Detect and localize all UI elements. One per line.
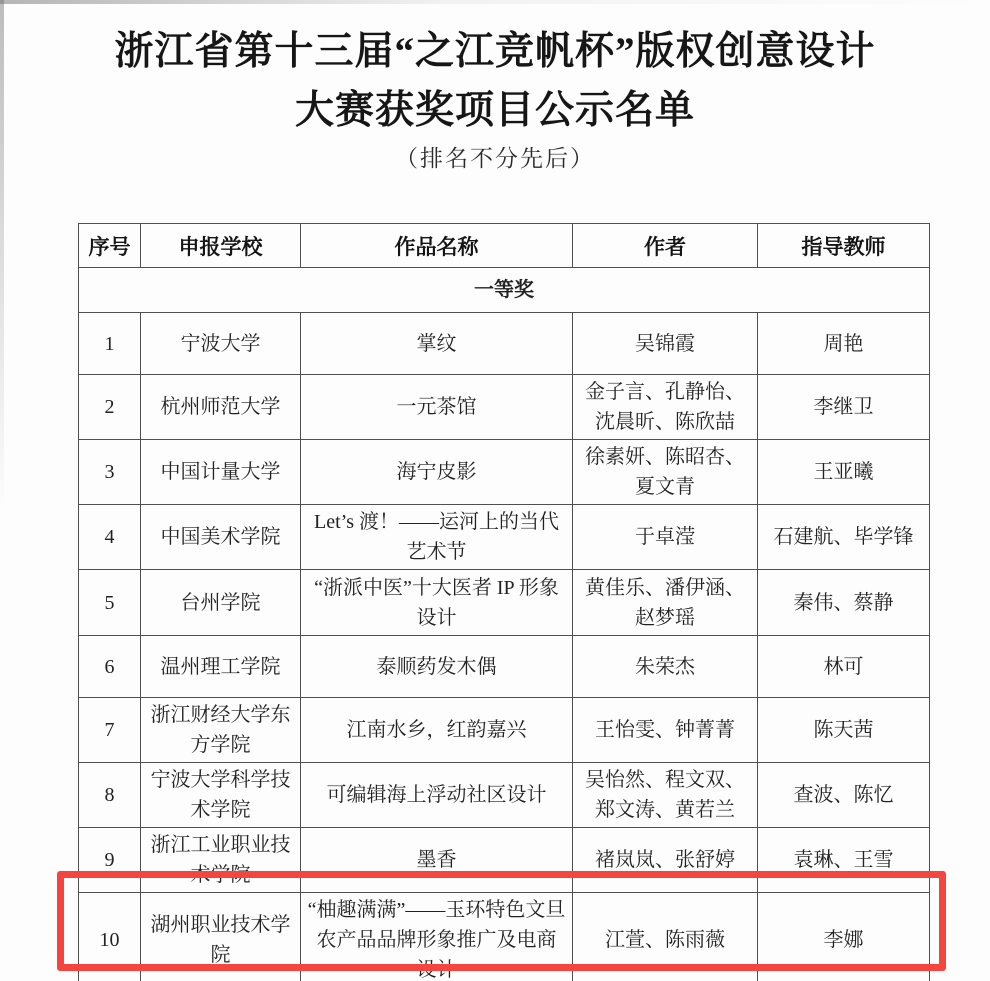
table-row-highlighted: 10 湖州职业技术学院 “柚趣满满”——玉环特色文旦农产品品牌形象推广及电商设计… <box>79 893 930 981</box>
cell-no: 1 <box>79 313 141 375</box>
cell-advisor: 王亚曦 <box>758 440 930 505</box>
cell-work: 墨香 <box>301 828 573 893</box>
cell-advisor: 李娜 <box>758 893 930 981</box>
cell-work: “柚趣满满”——玉环特色文旦农产品品牌形象推广及电商设计 <box>301 893 573 981</box>
table-header-row: 序号 申报学校 作品名称 作者 指导教师 <box>79 224 930 268</box>
table-row: 9 浙江工业职业技术学院 墨香 褚岚岚、张舒婷 袁琳、王雪 <box>79 828 930 893</box>
cell-school: 中国计量大学 <box>141 440 301 505</box>
cell-authors: 于卓滢 <box>573 505 758 570</box>
table-row: 5 台州学院 “浙派中医”十大医者 IP 形象设计 黄佳乐、潘伊涵、赵梦瑶 秦伟… <box>79 570 930 636</box>
cell-no: 5 <box>79 570 141 636</box>
table-row: 7 浙江财经大学东方学院 江南水乡，红韵嘉兴 王怡雯、钟菁菁 陈天茜 <box>79 698 930 763</box>
column-header-advisor: 指导教师 <box>758 224 930 268</box>
cell-advisor: 林可 <box>758 636 930 698</box>
cell-advisor: 石建航、毕学锋 <box>758 505 930 570</box>
cell-no: 4 <box>79 505 141 570</box>
cell-no: 2 <box>79 375 141 440</box>
table-row: 1 宁波大学 掌纹 吴锦霞 周艳 <box>79 313 930 375</box>
cell-work: Let’s 渡！——运河上的当代艺术节 <box>301 505 573 570</box>
cell-work: 掌纹 <box>301 313 573 375</box>
cell-advisor: 秦伟、蔡静 <box>758 570 930 636</box>
cell-school: 杭州师范大学 <box>141 375 301 440</box>
cell-school: 湖州职业技术学院 <box>141 893 301 981</box>
column-header-work: 作品名称 <box>301 224 573 268</box>
cell-work: 泰顺药发木偶 <box>301 636 573 698</box>
cell-work: “浙派中医”十大医者 IP 形象设计 <box>301 570 573 636</box>
cell-work: 可编辑海上浮动社区设计 <box>301 763 573 828</box>
page-title: 浙江省第十三届“之江竞帆杯”版权创意设计 大赛获奖项目公示名单 <box>0 22 990 141</box>
cell-no: 8 <box>79 763 141 828</box>
cell-school: 中国美术学院 <box>141 505 301 570</box>
column-header-school: 申报学校 <box>141 224 301 268</box>
cell-authors: 徐素妍、陈昭杏、夏文青 <box>573 440 758 505</box>
section-label: 一等奖 <box>79 268 930 313</box>
cell-school: 浙江工业职业技术学院 <box>141 828 301 893</box>
cell-authors: 江萱、陈雨薇 <box>573 893 758 981</box>
cell-advisor: 陈天茜 <box>758 698 930 763</box>
column-header-no: 序号 <box>79 224 141 268</box>
page-title-line2: 大赛获奖项目公示名单 <box>0 81 990 140</box>
cell-no: 7 <box>79 698 141 763</box>
cell-authors: 黄佳乐、潘伊涵、赵梦瑶 <box>573 570 758 636</box>
cell-no: 6 <box>79 636 141 698</box>
cell-work: 一元茶馆 <box>301 375 573 440</box>
cell-school: 宁波大学科学技术学院 <box>141 763 301 828</box>
cell-school: 台州学院 <box>141 570 301 636</box>
awards-table: 序号 申报学校 作品名称 作者 指导教师 一等奖 1 宁波大学 掌纹 吴锦霞 周… <box>78 223 930 981</box>
cell-authors: 朱荣杰 <box>573 636 758 698</box>
cell-advisor: 袁琳、王雪 <box>758 828 930 893</box>
cell-authors: 金子言、孔静怡、沈晨昕、陈欣喆 <box>573 375 758 440</box>
table-row: 2 杭州师范大学 一元茶馆 金子言、孔静怡、沈晨昕、陈欣喆 李继卫 <box>79 375 930 440</box>
table-row: 3 中国计量大学 海宁皮影 徐素妍、陈昭杏、夏文青 王亚曦 <box>79 440 930 505</box>
cell-authors: 褚岚岚、张舒婷 <box>573 828 758 893</box>
cell-work: 海宁皮影 <box>301 440 573 505</box>
scan-edge-top <box>0 0 990 4</box>
page-title-line1: 浙江省第十三届“之江竞帆杯”版权创意设计 <box>0 22 990 81</box>
cell-authors: 王怡雯、钟菁菁 <box>573 698 758 763</box>
page-subtitle: （排名不分先后） <box>0 140 990 173</box>
cell-authors: 吴锦霞 <box>573 313 758 375</box>
cell-no: 9 <box>79 828 141 893</box>
cell-no: 3 <box>79 440 141 505</box>
cell-school: 宁波大学 <box>141 313 301 375</box>
cell-advisor: 李继卫 <box>758 375 930 440</box>
section-row-first-prize: 一等奖 <box>79 268 930 313</box>
cell-work: 江南水乡，红韵嘉兴 <box>301 698 573 763</box>
table-row: 6 温州理工学院 泰顺药发木偶 朱荣杰 林可 <box>79 636 930 698</box>
cell-advisor: 周艳 <box>758 313 930 375</box>
cell-authors: 吴怡然、程文双、郑文涛、黄若兰 <box>573 763 758 828</box>
cell-no: 10 <box>79 893 141 981</box>
column-header-authors: 作者 <box>573 224 758 268</box>
cell-school: 温州理工学院 <box>141 636 301 698</box>
cell-advisor: 查波、陈忆 <box>758 763 930 828</box>
table-row: 4 中国美术学院 Let’s 渡！——运河上的当代艺术节 于卓滢 石建航、毕学锋 <box>79 505 930 570</box>
cell-school: 浙江财经大学东方学院 <box>141 698 301 763</box>
table-row: 8 宁波大学科学技术学院 可编辑海上浮动社区设计 吴怡然、程文双、郑文涛、黄若兰… <box>79 763 930 828</box>
